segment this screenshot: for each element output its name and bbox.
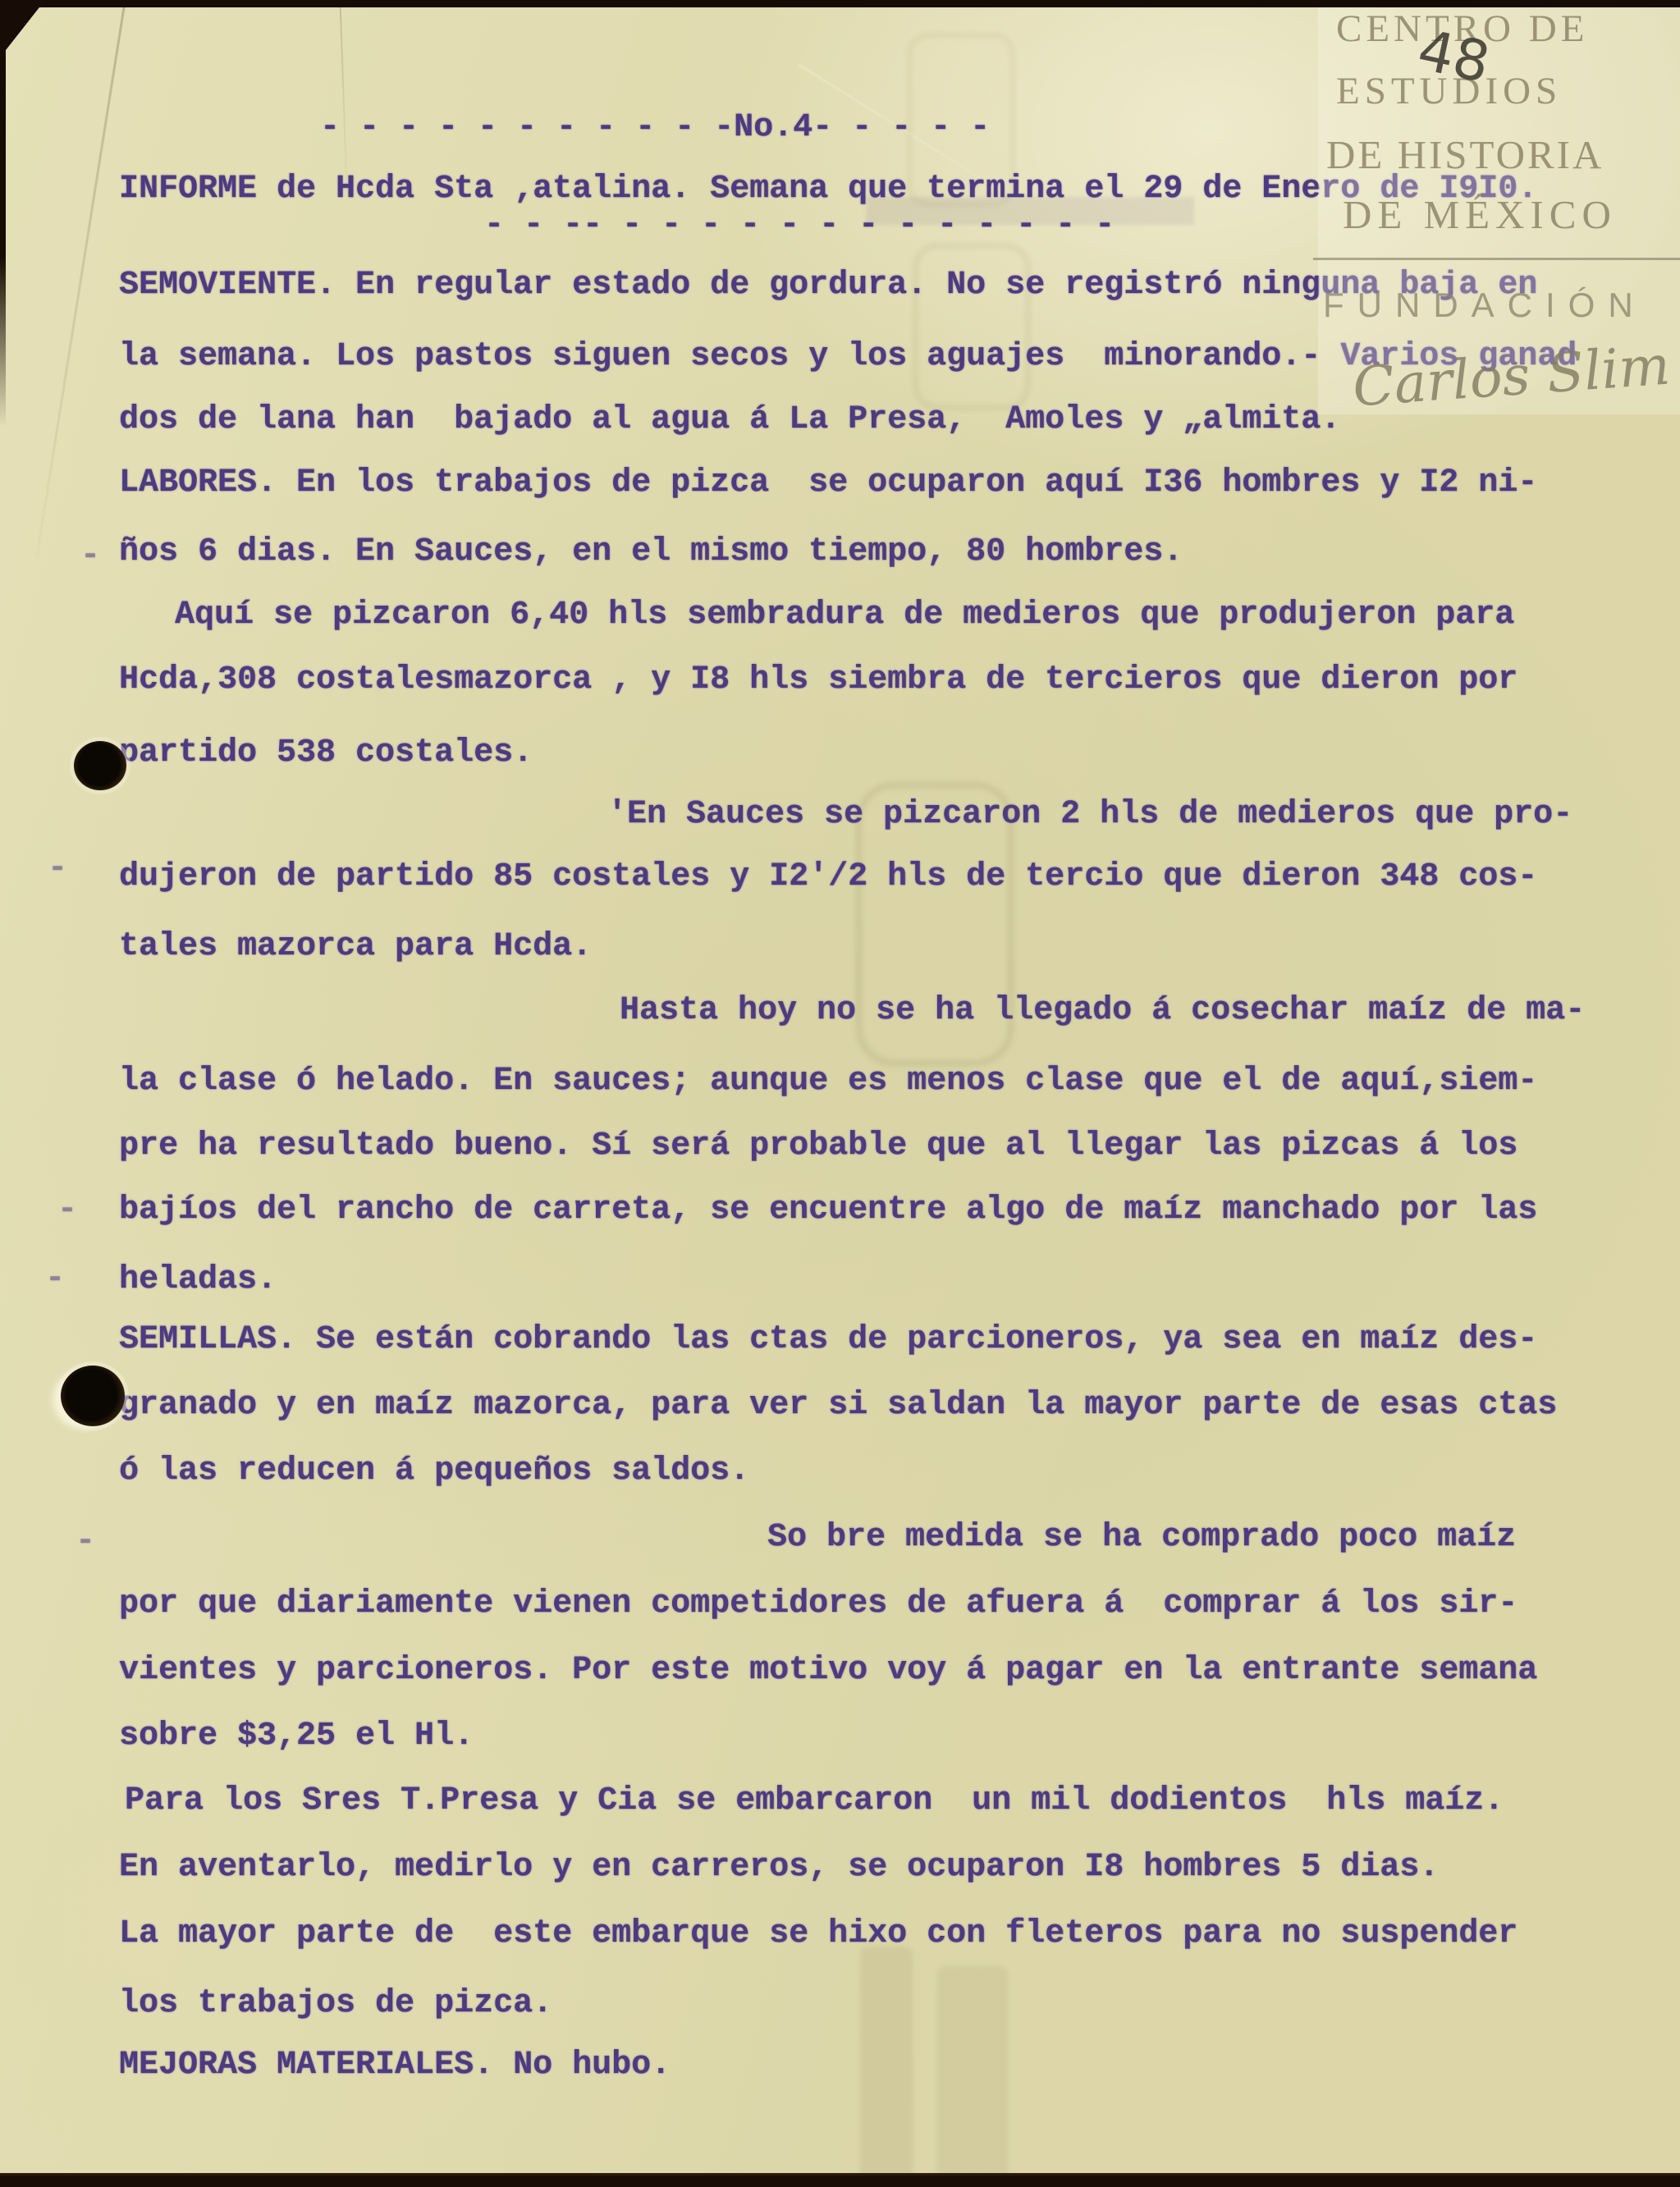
document-page: - - - - - - - - - - -No.4- - - - -INFORM…	[0, 0, 1680, 2187]
typed-line: Hasta hoy no se ha llegado á cosechar ma…	[620, 992, 1585, 1029]
typed-line: Hcda,308 costalesmazorca , y I8 hls siem…	[119, 661, 1517, 698]
typed-line: dujeron de partido 85 costales y I2'/2 h…	[119, 858, 1537, 895]
typed-line: los trabajos de pizca.	[119, 1985, 552, 2022]
typed-line: heladas.	[119, 1261, 277, 1298]
typed-line: partido 538 costales.	[119, 734, 533, 771]
stray-ink-mark: -	[57, 1192, 77, 1228]
typed-line: vientes y parcioneros. Por este motivo v…	[119, 1652, 1537, 1689]
watermark-divider	[1313, 258, 1680, 260]
typed-line: la clase ó helado. En sauces; aunque es …	[119, 1063, 1537, 1100]
typed-line: Aquí se pizcaron 6,40 hls sembradura de …	[175, 597, 1514, 634]
typed-line: So bre medida se ha comprado poco maíz	[767, 1519, 1516, 1556]
watermark-institution-line: DE MÉXICO	[1343, 191, 1617, 238]
typed-line: pre ha resultado bueno. Sí será probable…	[119, 1128, 1517, 1164]
stray-ink-mark: -	[76, 1523, 95, 1560]
stray-ink-mark: -	[80, 538, 100, 574]
typed-line: La mayor parte de este embarque se hixo …	[119, 1915, 1517, 1952]
scanned-document-photo: - - - - - - - - - - -No.4- - - - -INFORM…	[0, 0, 1680, 2187]
typed-line: sobre $3,25 el Hl.	[119, 1718, 474, 1755]
photo-edge	[0, 0, 1680, 7]
report-number-line: - - - - - - - - - - -No.4- - - - -	[320, 109, 990, 146]
typed-line: ños 6 dias. En Sauces, en el mismo tiemp…	[119, 533, 1183, 570]
watermark-institution-line: DE HISTORIA	[1326, 131, 1604, 178]
typed-line: LABORES. En los trabajos de pizca se ocu…	[119, 464, 1537, 501]
typed-line: granado y en maíz mazorca, para ver si s…	[119, 1387, 1557, 1424]
photo-edge	[0, 0, 6, 427]
typed-line: MEJORAS MATERIALES. No hubo.	[119, 2047, 671, 2084]
typed-line: En aventarlo, medirlo y en carreros, se …	[119, 1849, 1439, 1886]
typed-line: 'En Sauces se pizcaron 2 hls de medieros…	[607, 796, 1572, 833]
typed-line: SEMILLAS. Se están cobrando las ctas de …	[119, 1321, 1537, 1358]
typed-line: dos de lana han bajado al agua á La Pres…	[119, 401, 1340, 438]
watermark-foundation-label: FUNDACIÓN	[1323, 286, 1646, 325]
punch-hole	[61, 1366, 125, 1426]
report-title-underline: - - -- - - - - - - - - - - - - -	[484, 207, 1115, 244]
photo-edge	[0, 2173, 1680, 2187]
typed-line: por que diariamente vienen competidores …	[119, 1585, 1517, 1622]
typed-line: bajíos del rancho de carreta, se encuent…	[119, 1192, 1537, 1228]
typed-line: Para los Sres T.Presa y Cia se embarcaro…	[125, 1782, 1504, 1819]
typed-line: tales mazorca para Hcda.	[119, 928, 592, 965]
stray-ink-mark: -	[48, 850, 67, 887]
typed-line: ó las reducen á pequeños saldos.	[119, 1453, 749, 1489]
punch-hole	[74, 741, 126, 790]
stray-ink-mark: -	[45, 1260, 65, 1297]
